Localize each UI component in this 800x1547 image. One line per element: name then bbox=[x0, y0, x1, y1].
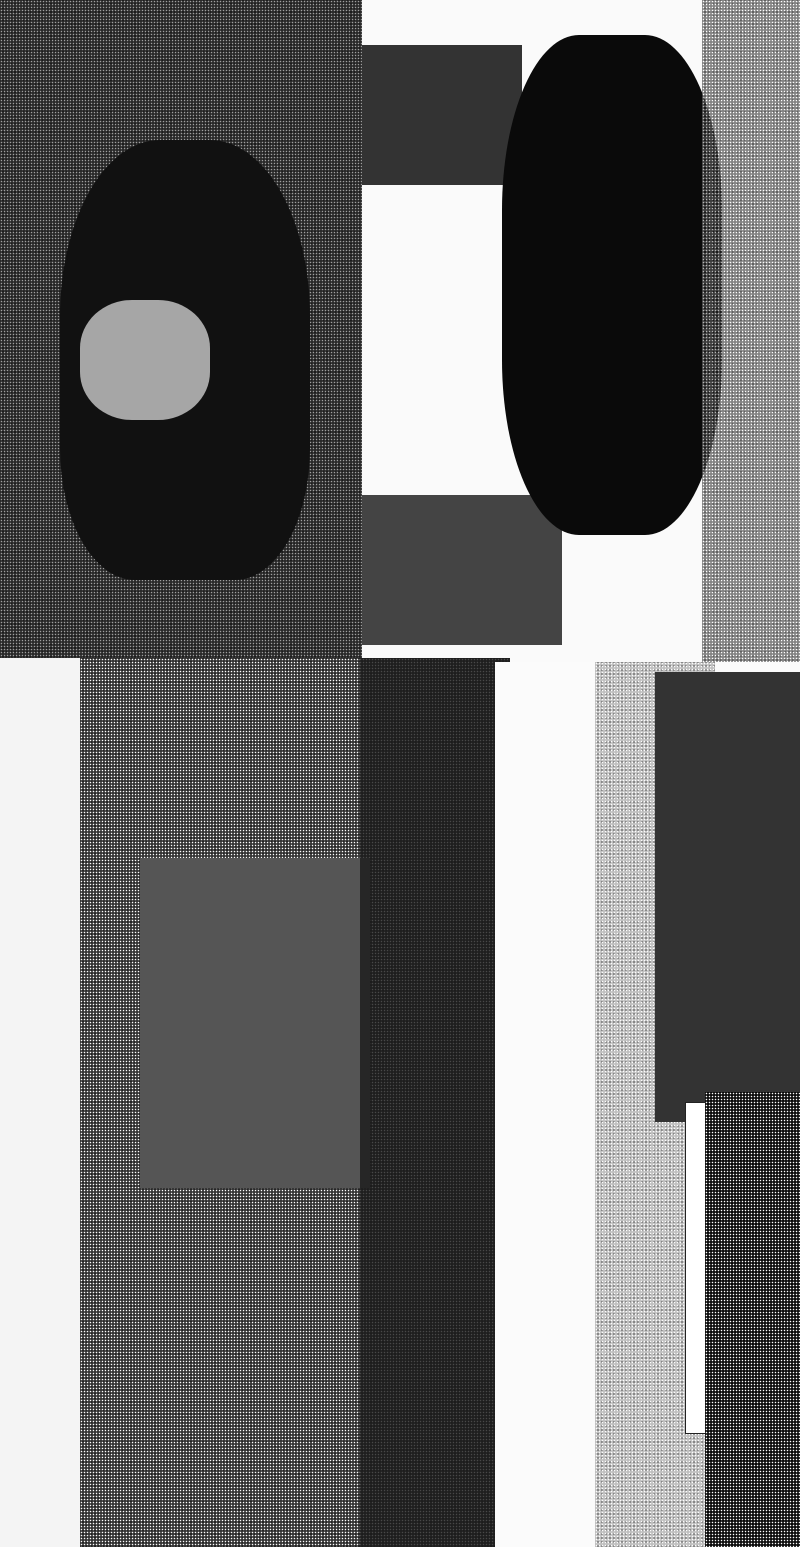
horse-highlight bbox=[80, 300, 210, 420]
photo-farm-buildings: farm buildings and sheds with trees and … bbox=[495, 662, 800, 1547]
grass-ground bbox=[702, 0, 800, 662]
foreground-shrubs bbox=[360, 658, 510, 1547]
photo-house: homestead house surrounded by trees bbox=[0, 658, 510, 1547]
photo-horse-stable: horse standing in front of stable wall, … bbox=[0, 0, 362, 658]
sheds bbox=[655, 672, 800, 1122]
long-shed-roof bbox=[685, 1102, 707, 1434]
trees bbox=[705, 1092, 800, 1547]
photo-horse-building: dark horse with white markings in front … bbox=[362, 0, 800, 662]
house-shape bbox=[140, 858, 370, 1188]
horse-body-shape bbox=[502, 35, 722, 535]
window bbox=[362, 45, 522, 185]
window bbox=[362, 495, 562, 645]
